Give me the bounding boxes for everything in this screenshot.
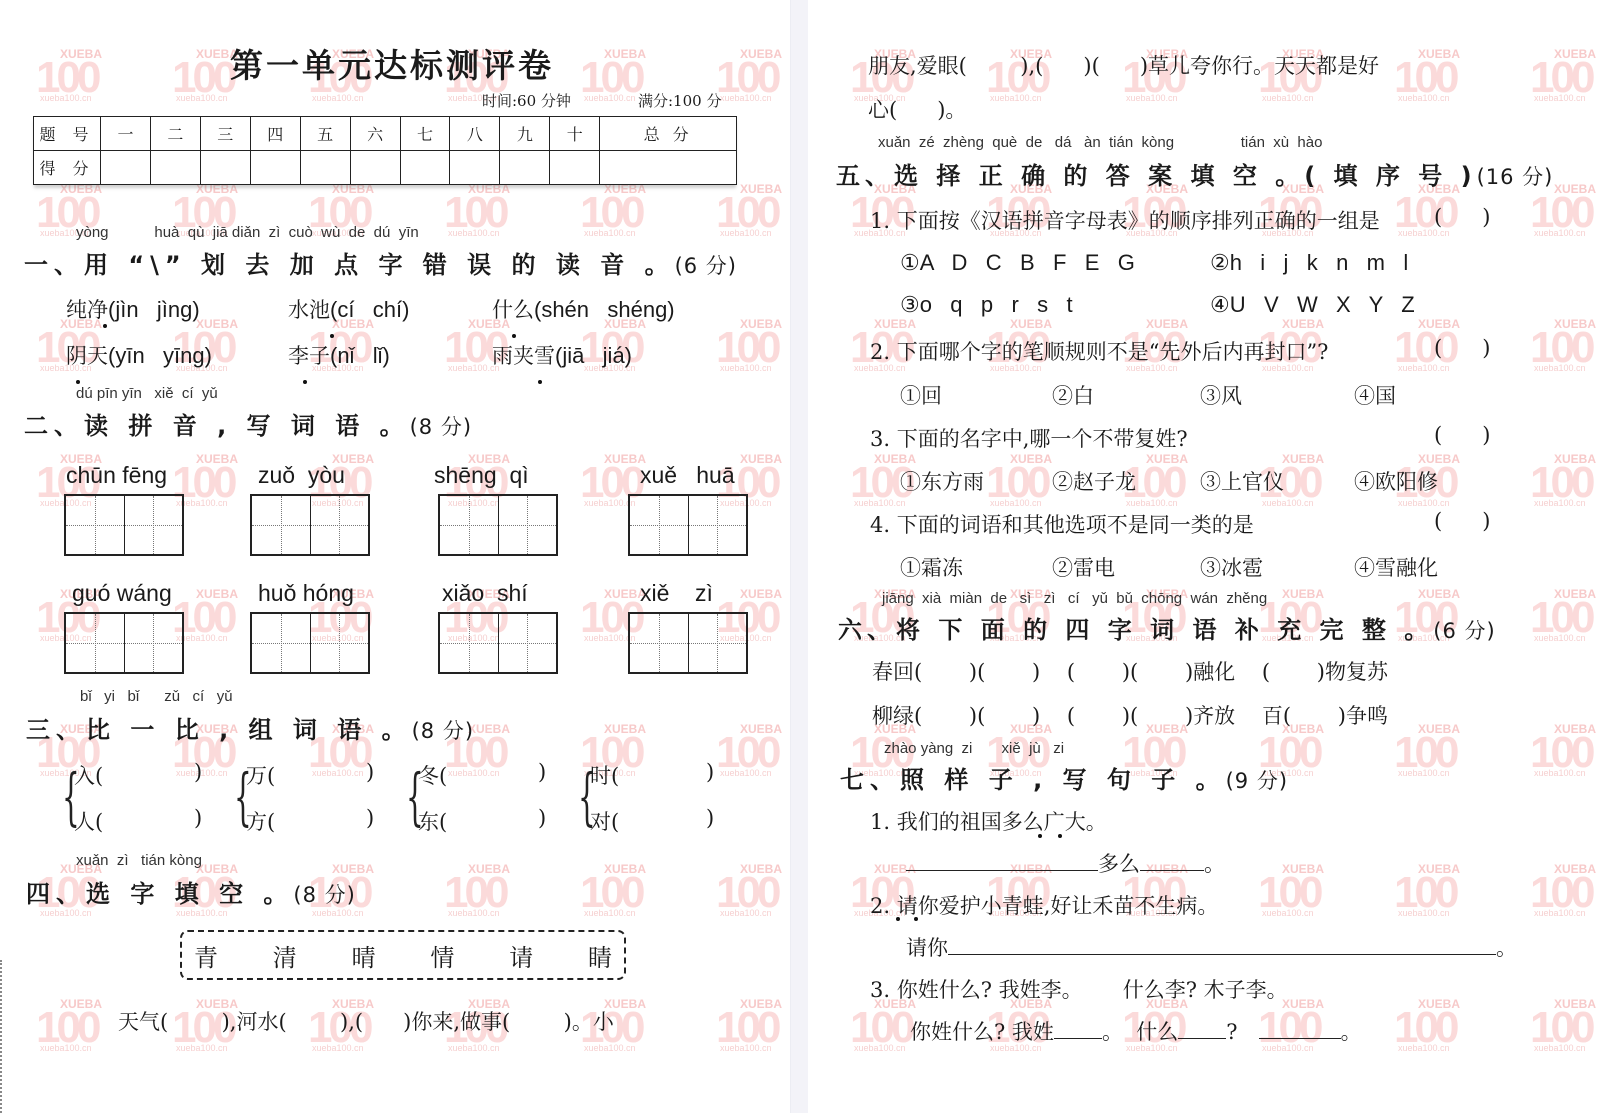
section6-points: (6 分): [1433, 619, 1495, 643]
watermark-logo: 100XUEBAxueba100.cn: [1530, 450, 1600, 510]
s3-bottom: 东(: [418, 806, 447, 836]
s2-pinyin-7: xiǎo shí: [442, 580, 528, 607]
score-input-cell[interactable]: [300, 151, 350, 185]
watermark-logo: 100XUEBAxueba100.cn: [1530, 995, 1600, 1055]
s7-answer-3: 你姓什么? 我姓。 什么? 。: [910, 1016, 1362, 1046]
s1-word: 纯净: [66, 298, 108, 322]
watermark-logo: 100XUEBAxueba100.cn: [444, 180, 524, 240]
score-header-cell: 总 分: [600, 117, 737, 151]
s3-close: ): [366, 806, 374, 830]
s3-bottom: 方(: [246, 806, 275, 836]
watermark-logo: 100XUEBAxueba100.cn: [580, 180, 660, 240]
s1-word: 李子: [288, 344, 330, 368]
score-input-cell[interactable]: [400, 151, 450, 185]
emphasis-dot: [1038, 834, 1042, 838]
writing-grid[interactable]: [250, 612, 370, 674]
s7-pattern-word: 多么: [1098, 852, 1140, 876]
watermark-logo: 100XUEBAxueba100.cn: [172, 450, 252, 510]
s1-word: 什么: [492, 298, 534, 322]
section7-pinyin: zhào yàng zi xiě jù zi: [884, 740, 1064, 757]
writing-grid[interactable]: [438, 612, 558, 674]
emphasis-dot: [330, 334, 334, 338]
emphasis-dot: [512, 334, 516, 338]
s6-fill-line-2[interactable]: 柳绿( )( ) ( )( )齐放 百( )争鸣: [872, 700, 1388, 730]
s5-q2-option-2: ②白: [1052, 380, 1094, 410]
section4-pinyin: xuǎn zì tián kòng: [76, 852, 202, 869]
s7-answer-1: 多么。: [906, 848, 1225, 878]
watermark-logo: 100XUEBAxueba100.cn: [716, 720, 790, 780]
s3-close: ): [538, 806, 546, 830]
section2-pinyin: dú pīn yīn xiě cí yǔ: [76, 385, 218, 402]
s5-q3-option-4: ④欧阳修: [1354, 466, 1438, 496]
emphasis-dot: [76, 380, 80, 384]
s3-top: 万(: [246, 760, 275, 790]
score-input-cell[interactable]: [150, 151, 200, 185]
section4-heading-text: 四、选 字 填 空 。: [26, 880, 293, 908]
choice-char: 青: [194, 938, 218, 973]
watermark-logo: 100XUEBAxueba100.cn: [1394, 720, 1474, 780]
score-header-cell: 题 号: [34, 117, 101, 151]
watermark-logo: 100XUEBAxueba100.cn: [36, 995, 116, 1055]
s1-word: 水池: [288, 298, 330, 322]
score-input-cell[interactable]: [600, 151, 737, 185]
s3-close: ): [538, 760, 546, 784]
s4-fill-line-1[interactable]: 天气( ),河水( ),( )你来,做事( )。小: [118, 1006, 614, 1036]
watermark-logo: 100XUEBAxueba100.cn: [1394, 860, 1474, 920]
s2-pinyin-6: huǒ hóng: [258, 580, 354, 607]
s7-period: 。: [1341, 1020, 1362, 1044]
s3-top: 入(: [74, 760, 103, 790]
section1-points: (6 分): [675, 254, 737, 278]
score-header-cell: 七: [400, 117, 450, 151]
watermark-logo: 100XUEBAxueba100.cn: [716, 45, 790, 105]
s5-q3-option-1: ①东方雨: [900, 466, 984, 496]
section2-heading: 二、读 拼 音 , 写 词 语 。(8 分): [24, 406, 472, 441]
emphasis-dot: [914, 917, 918, 921]
watermark-logo: 100XUEBAxueba100.cn: [172, 585, 252, 645]
score-header-cell: 六: [350, 117, 400, 151]
score-input-cell[interactable]: [350, 151, 400, 185]
emphasis-dot: [103, 324, 107, 328]
s1-word: 阴天: [66, 344, 108, 368]
watermark-logo: 100XUEBAxueba100.cn: [580, 860, 660, 920]
score-input-cell[interactable]: [500, 151, 550, 185]
s7-pattern-word: 你姓什么? 我姓: [910, 1020, 1054, 1044]
watermark-logo: 100XUEBAxueba100.cn: [444, 860, 524, 920]
s1-item-5: 李子(nǐ lǐ): [288, 340, 390, 370]
section4-points: (8 分): [293, 883, 355, 907]
s7-period: 。: [1204, 852, 1225, 876]
watermark-logo: 100XUEBAxueba100.cn: [1394, 995, 1474, 1055]
s5-q3-option-3: ③上官仪: [1200, 466, 1284, 496]
score-header-cell: 三: [200, 117, 250, 151]
s2-pinyin-1: chūn fēng: [66, 462, 167, 489]
section5-heading: 五、选 择 正 确 的 答 案 填 空 。( 填 序 号 )(16 分): [836, 156, 1553, 191]
section7-heading-text: 七、照 样 子 , 写 句 子 。: [840, 766, 1226, 794]
s5-q4-option-4: ④雪融化: [1354, 552, 1438, 582]
section3-heading-text: 三、比 一 比 , 组 词 语 。: [26, 716, 412, 744]
section6-pinyin: jiāng xià miàn de sì zì cí yǔ bǔ chōng w…: [882, 590, 1267, 607]
exam-title: 第一单元达标测评卷: [230, 40, 554, 87]
answer-blank[interactable]: [1178, 1018, 1226, 1039]
left-page: 100XUEBAxueba100.cn100XUEBAxueba100.cn10…: [0, 0, 790, 1113]
score-table-score-row: 得 分: [34, 151, 737, 185]
writing-grid[interactable]: [438, 494, 558, 556]
section4-heading: 四、选 字 填 空 。(8 分): [26, 874, 356, 909]
s5-question-1: 1. 下面按《汉语拼音字母表》的顺序排列正确的一组是: [870, 205, 1380, 235]
writing-grid[interactable]: [250, 494, 370, 556]
choice-char: 晴: [352, 938, 376, 973]
right-page: 100XUEBAxueba100.cn100XUEBAxueba100.cn10…: [808, 0, 1600, 1113]
watermark-logo: 100XUEBAxueba100.cn: [716, 180, 790, 240]
answer-paren[interactable]: ( ): [1434, 423, 1490, 447]
score-header-cell: 二: [150, 117, 200, 151]
section5-pinyin: xuǎn zé zhèng què de dá àn tián kòng tiá…: [878, 134, 1322, 151]
answer-blank[interactable]: [1259, 1018, 1341, 1039]
emphasis-dot: [896, 917, 900, 921]
s2-pinyin-2: zuǒ yòu: [258, 462, 345, 489]
binding-edge: [0, 960, 4, 1113]
section5-points: (16 分): [1477, 165, 1554, 189]
section6-heading-text: 六、将 下 面 的 四 字 词 语 补 充 完 整 。: [838, 616, 1433, 644]
emphasis-dot: [1058, 834, 1062, 838]
watermark-logo: 100XUEBAxueba100.cn: [36, 45, 116, 105]
section1-heading: 一、用 “\” 划 去 加 点 字 错 误 的 读 音 。(6 分): [24, 245, 737, 280]
answer-blank[interactable]: [948, 934, 1496, 955]
score-table-header-row: 题 号 一 二 三 四 五 六 七 八 九 十 总 分: [34, 117, 737, 151]
score-input-cell[interactable]: [450, 151, 500, 185]
s5-question-2: 2. 下面哪个字的笔顺规则不是“先外后内再封口”?: [870, 336, 1328, 366]
character-choice-box: 青 清 晴 情 请 睛: [180, 930, 626, 980]
s5-q3-option-2: ②赵子龙: [1052, 466, 1136, 496]
section3-points: (8 分): [412, 719, 474, 743]
answer-paren[interactable]: ( ): [1434, 336, 1490, 360]
page-fold: [790, 0, 810, 1113]
watermark-logo: 100XUEBAxueba100.cn: [1530, 45, 1600, 105]
answer-blank[interactable]: [906, 850, 1098, 871]
s1-options[interactable]: (yīn yīng): [108, 343, 212, 368]
watermark-logo: 100XUEBAxueba100.cn: [1530, 860, 1600, 920]
watermark-logo: 100XUEBAxueba100.cn: [716, 860, 790, 920]
section6-heading: 六、将 下 面 的 四 字 词 语 补 充 完 整 。(6 分): [838, 610, 1496, 645]
s1-item-1: 纯净(jìn jìng): [66, 294, 200, 324]
s1-options[interactable]: (shén shéng): [534, 297, 675, 322]
s1-options[interactable]: (cí chí): [330, 297, 409, 322]
score-header-cell: 八: [450, 117, 500, 151]
section2-heading-text: 二、读 拼 音 , 写 词 语 。: [24, 412, 410, 440]
s3-top: 冬(: [418, 760, 447, 790]
watermark-logo: 100XUEBAxueba100.cn: [1530, 585, 1600, 645]
section3-heading: 三、比 一 比 , 组 词 语 。(8 分): [26, 710, 474, 745]
score-header-cell: 四: [250, 117, 300, 151]
s5-q4-option-3: ③冰雹: [1200, 552, 1263, 582]
watermark-logo: 100XUEBAxueba100.cn: [1394, 45, 1474, 105]
s1-item-4: 阴天(yīn yīng): [66, 340, 212, 370]
s2-pinyin-8: xiě zì: [640, 580, 713, 607]
watermark-logo: 100XUEBAxueba100.cn: [1530, 315, 1600, 375]
s2-pinyin-4: xuě huā: [640, 462, 735, 489]
section2-points: (8 分): [410, 415, 472, 439]
watermark-logo: 100XUEBAxueba100.cn: [1258, 860, 1338, 920]
score-input-cell[interactable]: [550, 151, 600, 185]
answer-paren[interactable]: ( ): [1434, 509, 1490, 533]
s4-fill-line-3[interactable]: 心( )。: [868, 94, 966, 124]
s5-q2-option-3: ③风: [1200, 380, 1242, 410]
section5-heading-text: 五、选 择 正 确 的 答 案 填 空 。( 填 序 号 ): [836, 162, 1477, 190]
s4-fill-line-2[interactable]: 朋友,爱眼( ),( )( )草儿夸你行。天天都是好: [868, 50, 1379, 80]
score-row-label: 得 分: [34, 151, 101, 185]
section3-pinyin: bǐ yi bǐ zǔ cí yǔ: [80, 688, 233, 705]
s5-question-3: 3. 下面的名字中,哪一个不带复姓?: [870, 423, 1188, 453]
s7-example-1: 1. 我们的祖国多么广大。: [870, 806, 1107, 836]
choice-char: 情: [430, 938, 454, 973]
writing-grid[interactable]: [64, 612, 184, 674]
s7-example-2: 2. 请你爱护小青蛙,好让禾苗不生病。: [870, 890, 1218, 920]
s3-close: ): [366, 760, 374, 784]
watermark-logo: 100XUEBAxueba100.cn: [716, 315, 790, 375]
s5-q2-option-4: ④国: [1354, 380, 1396, 410]
s7-question-mark: ?: [1226, 1020, 1237, 1044]
s5-q4-option-2: ②雷电: [1052, 552, 1115, 582]
s1-options[interactable]: (nǐ lǐ): [330, 343, 390, 368]
s7-answer-2: 请你。: [906, 932, 1517, 962]
section7-points: (9 分): [1226, 769, 1288, 793]
writing-grid[interactable]: [64, 494, 184, 556]
section7-heading: 七、照 样 子 , 写 句 子 。(9 分): [840, 760, 1288, 795]
s5-q1-option-2: ②h i j k n m l: [1210, 250, 1408, 276]
s5-question-4: 4. 下面的词语和其他选项不是同一类的是: [870, 509, 1254, 539]
score-input-cell[interactable]: [250, 151, 300, 185]
section1-heading-text: 一、用 “\” 划 去 加 点 字 错 误 的 读 音 。: [24, 251, 675, 279]
s5-q4-option-1: ①霜冻: [900, 552, 963, 582]
s5-q2-option-1: ①回: [900, 380, 942, 410]
s3-close: ): [194, 760, 202, 784]
s1-options[interactable]: (jiā jiá): [555, 343, 632, 368]
score-header-cell: 十: [550, 117, 600, 151]
exam-full-score: 满分:100 分: [638, 90, 721, 111]
score-input-cell[interactable]: [200, 151, 250, 185]
s3-bottom: 人(: [74, 806, 103, 836]
watermark-logo: 100XUEBAxueba100.cn: [1530, 720, 1600, 780]
s3-close: ): [194, 806, 202, 830]
s3-close: ): [706, 806, 714, 830]
section1-pinyin: yòng huà qù jiā diǎn zì cuò wù de dú yīn: [76, 224, 419, 241]
writing-grid[interactable]: [628, 612, 748, 674]
s3-bottom: 对(: [590, 806, 619, 836]
s2-pinyin-5: guó wáng: [72, 580, 172, 607]
s7-pattern-word: 请你: [906, 936, 948, 960]
s5-q1-option-1: ①A D C B F E G: [900, 250, 1135, 276]
exam-time: 时间:60 分钟: [482, 90, 571, 111]
choice-char: 睛: [588, 938, 612, 973]
score-header-cell: 一: [101, 117, 151, 151]
s1-options[interactable]: (jìn jìng): [108, 297, 200, 322]
emphasis-dot: [538, 380, 542, 384]
s5-q1-option-4: ④U V W X Y Z: [1210, 292, 1415, 318]
s3-close: ): [706, 760, 714, 784]
score-header-cell: 五: [300, 117, 350, 151]
s7-example-3: 3. 你姓什么? 我姓李。 什么李? 木子李。: [870, 974, 1288, 1004]
watermark-logo: 100XUEBAxueba100.cn: [716, 995, 790, 1055]
answer-paren[interactable]: ( ): [1434, 205, 1490, 229]
score-header-cell: 九: [500, 117, 550, 151]
s1-item-2: 水池(cí chí): [288, 294, 409, 324]
s7-pattern-word: 。 什么: [1102, 1020, 1178, 1044]
writing-grid[interactable]: [628, 494, 748, 556]
emphasis-dot: [303, 380, 307, 384]
score-input-cell[interactable]: [101, 151, 151, 185]
s1-item-3: 什么(shén shéng): [492, 294, 675, 324]
s2-pinyin-3: shēng qì: [434, 462, 529, 489]
s1-word: 雨夹雪: [492, 344, 555, 368]
s5-q1-option-3: ③o q p r s t: [900, 292, 1073, 318]
choice-char: 请: [509, 938, 533, 973]
s6-fill-line-1[interactable]: 春回( )( ) ( )( )融化 ( )物复苏: [872, 656, 1388, 686]
choice-char: 清: [273, 938, 297, 973]
s1-item-6: 雨夹雪(jiā jiá): [492, 340, 632, 370]
s3-top: 时(: [590, 760, 619, 790]
score-table: 题 号 一 二 三 四 五 六 七 八 九 十 总 分 得 分: [33, 116, 737, 185]
answer-blank[interactable]: [1140, 850, 1204, 871]
answer-blank[interactable]: [1054, 1018, 1102, 1039]
s7-period: 。: [1496, 936, 1517, 960]
